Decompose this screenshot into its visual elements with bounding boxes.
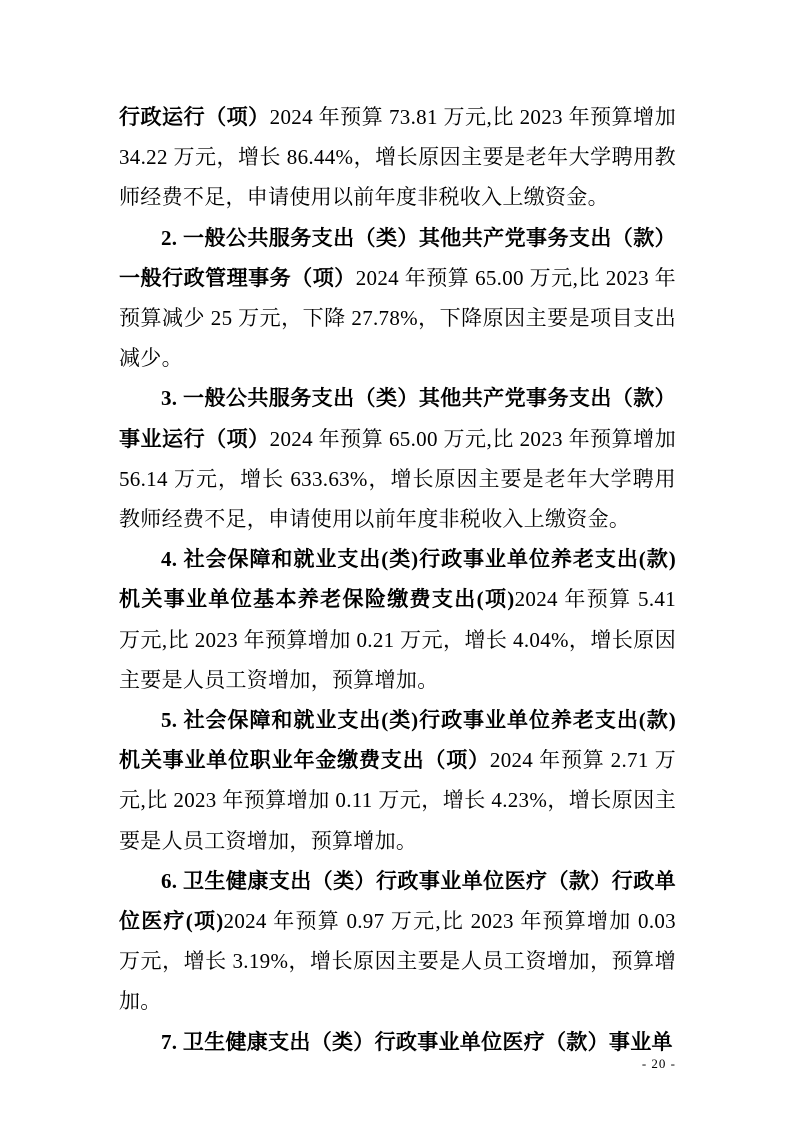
paragraph-item-7: 7. 卫生健康支出（类）行政事业单位医疗（款）事业单 <box>119 1022 676 1062</box>
paragraph-heading: 行政运行（项） <box>119 105 270 129</box>
paragraph-item-3: 3. 一般公共服务支出（类）其他共产党事务支出（款）事业运行（项）2024 年预… <box>119 378 676 539</box>
paragraph-admin-operation: 行政运行（项）2024 年预算 73.81 万元,比 2023 年预算增加 34… <box>119 97 676 218</box>
paragraph-item-6: 6. 卫生健康支出（类）行政事业单位医疗（款）行政单位医疗(项)2024 年预算… <box>119 861 676 1022</box>
paragraph-item-5: 5. 社会保障和就业支出(类)行政事业单位养老支出(款)机关事业单位职业年金缴费… <box>119 700 676 861</box>
page-number: - 20 - <box>642 1056 676 1072</box>
document-page: 行政运行（项）2024 年预算 73.81 万元,比 2023 年预算增加 34… <box>0 0 793 1122</box>
document-body: 行政运行（项）2024 年预算 73.81 万元,比 2023 年预算增加 34… <box>119 97 676 1062</box>
paragraph-item-2: 2. 一般公共服务支出（类）其他共产党事务支出（款）一般行政管理事务（项）202… <box>119 218 676 379</box>
paragraph-item-4: 4. 社会保障和就业支出(类)行政事业单位养老支出(款)机关事业单位基本养老保险… <box>119 539 676 700</box>
paragraph-heading: 7. 卫生健康支出（类）行政事业单位医疗（款）事业单 <box>161 1030 673 1054</box>
